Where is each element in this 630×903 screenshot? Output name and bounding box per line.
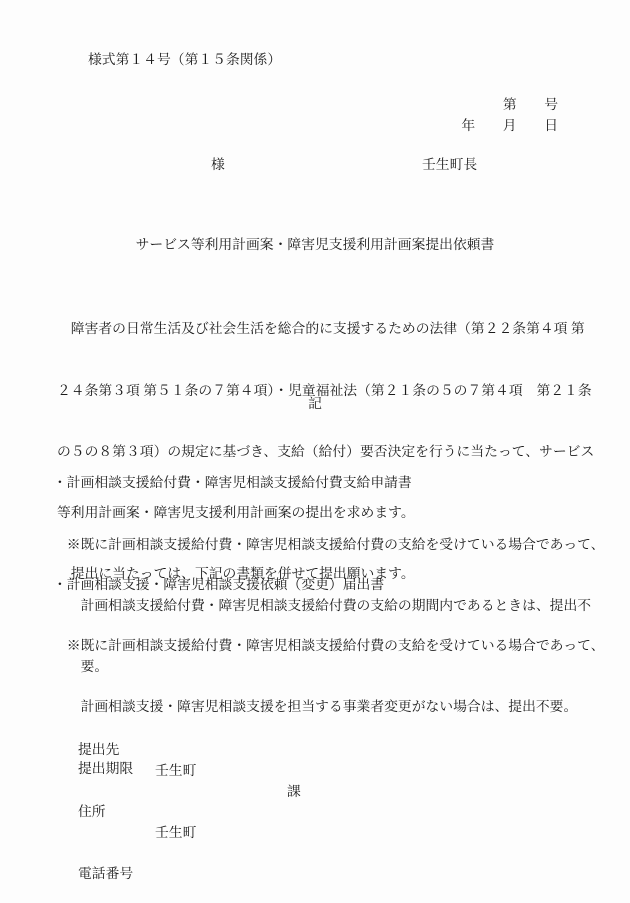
submit-to-value: 壬生町 <box>155 760 196 781</box>
addressee-suffix: 様 <box>211 155 225 175</box>
address-value: 壬生町 <box>155 822 196 843</box>
section-marker: 記 <box>0 394 630 414</box>
body-line: 障害者の日常生活及び社会生活を総合的に支援するための法律（第２２条第４項 第 <box>57 319 594 339</box>
document-number-line: 第 号 <box>0 95 630 115</box>
attachment-line: ・計画相談支援・障害児相談支援依頼（変更）届出書 <box>53 575 604 595</box>
submit-to-suffix: 課 <box>287 781 301 802</box>
addressee-sender-row: 様 壬生町長 <box>0 155 630 175</box>
document-page: 様式第１４号（第１５条関係） 第 号 年 月 日 様 壬生町長 サービス等利用計… <box>0 0 630 903</box>
sender-name: 壬生町長 <box>422 155 477 175</box>
document-title: サービス等利用計画案・障害児支援利用計画案提出依頼書 <box>0 235 630 255</box>
submit-to-label: 提出先 <box>78 739 119 760</box>
submit-to-row: 提出先 壬生町 課 <box>78 717 99 738</box>
attachment-note-line: 計画相談支援・障害児相談支援を担当する事業者変更がない場合は、提出不要。 <box>53 697 604 717</box>
deadline-label: 提出期限 <box>78 759 133 779</box>
attachment-line: ・計画相談支援給付費・障害児相談支援給付費支給申請書 <box>53 473 604 493</box>
phone-label: 電話番号 <box>78 863 133 884</box>
attachment-note-line: ※既に計画相談支援給付費・障害児相談支援給付費の支給を受けている場合であって、 <box>53 636 604 656</box>
date-line: 年 月 日 <box>0 116 630 136</box>
attachment-item-2: ・計画相談支援・障害児相談支援依頼（変更）届出書 ※既に計画相談支援給付費・障害… <box>53 534 604 758</box>
submission-info-block: 提出先 壬生町 課 住所 壬生町 電話番号 <box>78 677 99 903</box>
phone-row: 電話番号 <box>78 841 99 862</box>
address-label: 住所 <box>78 801 106 822</box>
form-style-number: 様式第１４号（第１５条関係） <box>88 50 281 70</box>
address-row: 住所 壬生町 <box>78 779 99 800</box>
